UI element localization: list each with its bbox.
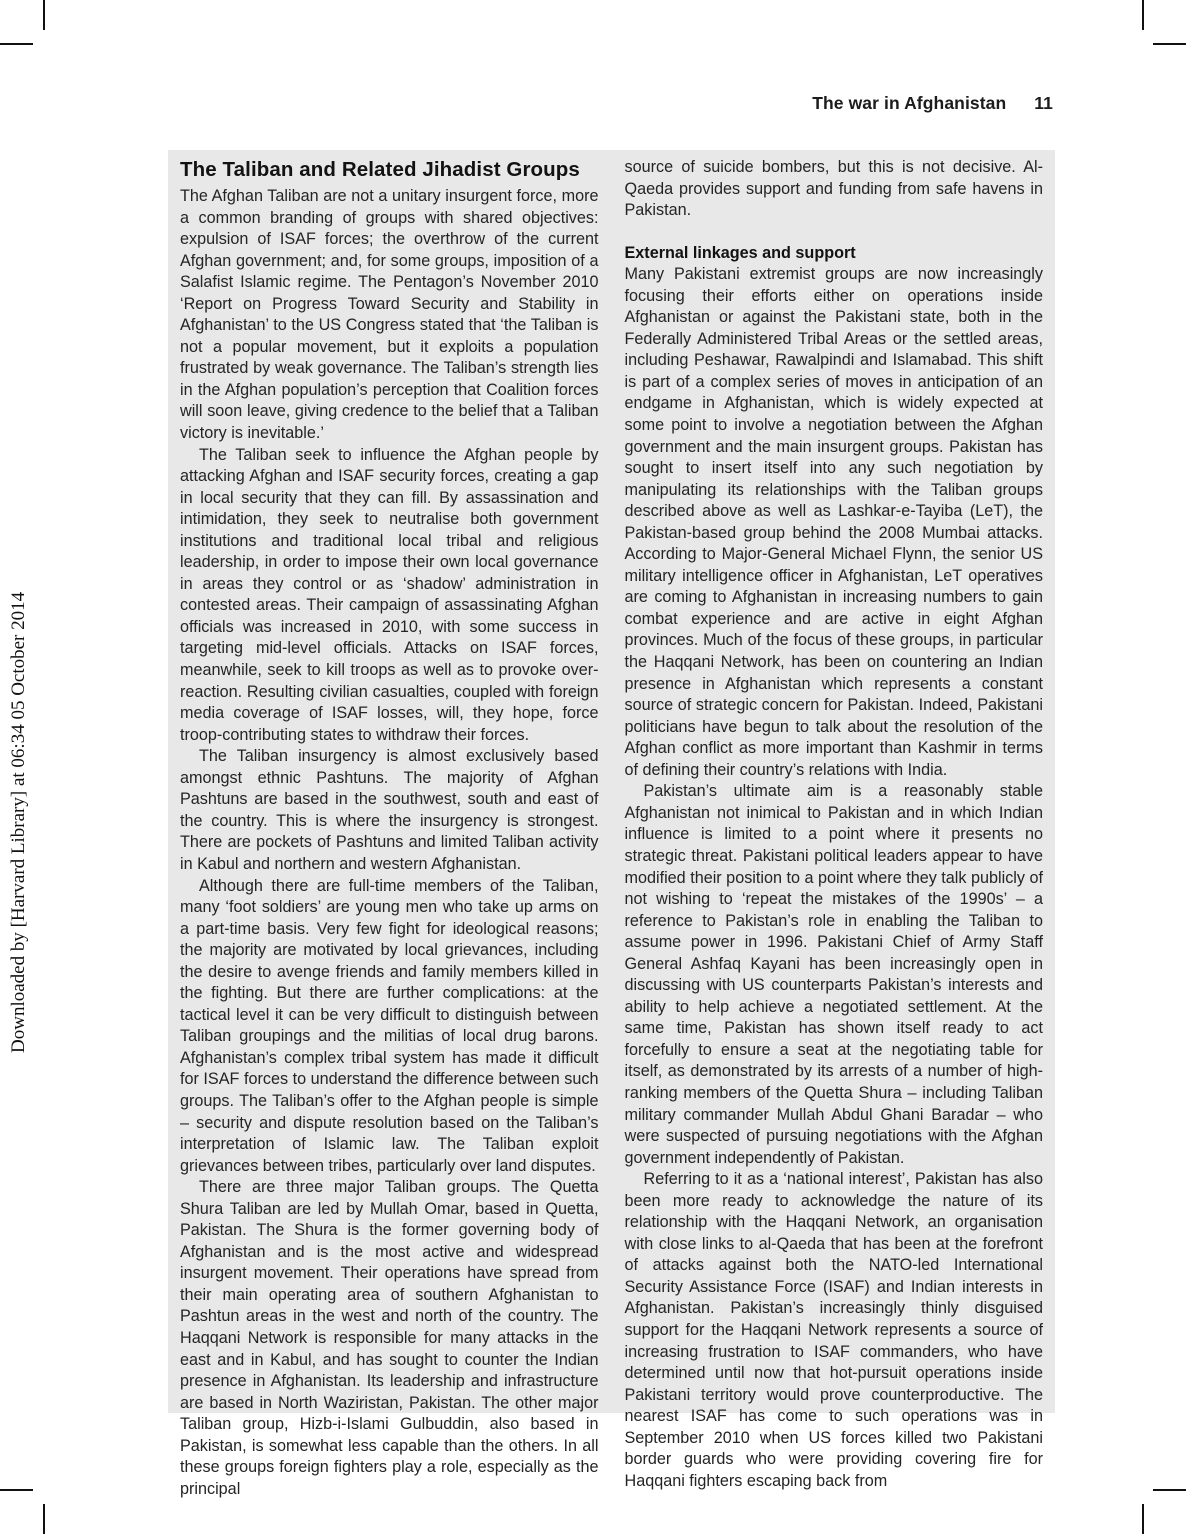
paragraph: Many Pakistani extremist groups are now …	[625, 264, 1044, 781]
left-column: The Taliban and Related Jihadist Groups …	[180, 157, 599, 1500]
article-columns: The Taliban and Related Jihadist Groups …	[168, 150, 1055, 1500]
article-box: The Taliban and Related Jihadist Groups …	[168, 150, 1055, 1413]
paragraph: Although there are full-time members of …	[180, 876, 599, 1178]
paragraph: Pakistan’s ultimate aim is a reasonably …	[625, 781, 1044, 1169]
section-subheading: External linkages and support	[625, 243, 1044, 265]
paragraph: The Taliban insurgency is almost exclusi…	[180, 746, 599, 875]
paragraph: Referring to it as a ‘national interest’…	[625, 1169, 1044, 1492]
paragraph: source of suicide bombers, but this is n…	[625, 157, 1044, 222]
crop-mark-top-right-vertical	[1142, 0, 1144, 30]
crop-mark-top-left-horizontal	[0, 43, 33, 45]
paragraph: The Taliban seek to influence the Afghan…	[180, 445, 599, 747]
right-column: source of suicide bombers, but this is n…	[625, 157, 1044, 1500]
crop-mark-bottom-left-horizontal	[0, 1489, 33, 1491]
crop-mark-bottom-right-horizontal	[1153, 1489, 1186, 1491]
page-number: 11	[1034, 93, 1053, 114]
running-header: The war in Afghanistan11	[0, 93, 1053, 114]
crop-mark-bottom-right-vertical	[1142, 1504, 1144, 1534]
download-watermark: Downloaded by [Harvard Library] at 06:34…	[8, 592, 30, 1053]
paragraph: There are three major Taliban groups. Th…	[180, 1177, 599, 1500]
crop-mark-top-right-horizontal	[1153, 43, 1186, 45]
paragraph: The Afghan Taliban are not a unitary ins…	[180, 186, 599, 445]
article-heading: The Taliban and Related Jihadist Groups	[180, 157, 599, 183]
crop-mark-bottom-left-vertical	[43, 1504, 45, 1534]
running-title: The war in Afghanistan	[812, 93, 1006, 113]
crop-mark-top-left-vertical	[43, 0, 45, 30]
